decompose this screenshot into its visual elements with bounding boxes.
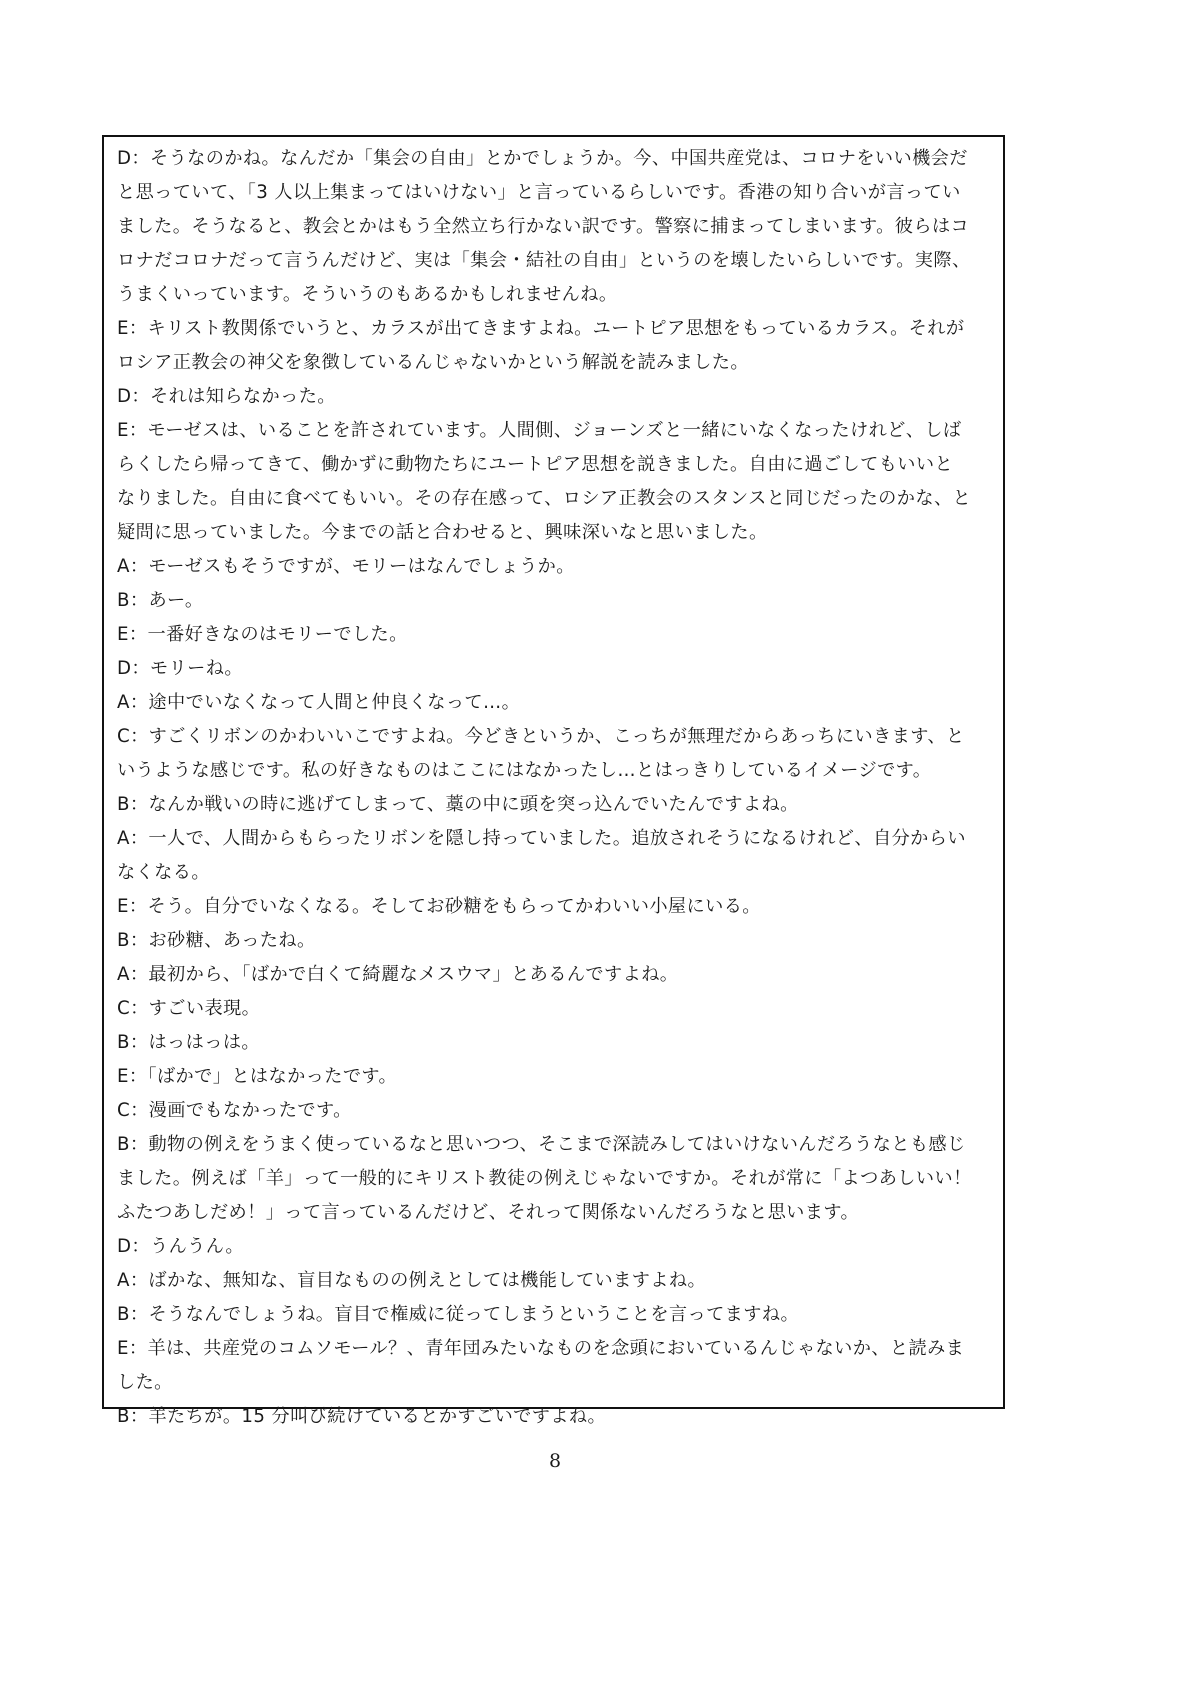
text-line: A：一人で、人間からもらったリボンを隠し持っていました。追放されそうになるけれど… [117,822,1003,856]
text-line: した。 [117,1366,1003,1400]
text-line: B：そうなんでしょうね。盲目で権威に従ってしまうということを言ってますね。 [117,1298,1003,1332]
text-line: C：漫画でもなかったです。 [117,1094,1003,1128]
text-line: E：「ばかで」とはなかったです。 [117,1060,1003,1094]
text-line: ふたつあしだめ！」って言っているんだけど、それって関係ないんだろうなと思います。 [117,1196,1003,1230]
text-line: B：羊たちが。15 分叫び続けているとかすごいですよね。 [117,1400,1003,1434]
page-number: 8 [0,1450,1110,1472]
text-line: D：そうなのかね。なんだか「集会の自由」とかでしょうか。今、中国共産党は、コロナ… [117,142,1003,176]
text-line: E：モーゼスは、いることを許されています。人間側、ジョーンズと一緒にいなくなった… [117,414,1003,448]
text-line: C：すごくリボンのかわいいこですよね。今どきというか、こっちが無理だからあっちに… [117,720,1003,754]
text-line: A：モーゼスもそうですが、モリーはなんでしょうか。 [117,550,1003,584]
text-line: E：羊は、共産党のコムソモール？、青年団みたいなものを念頭においているんじゃない… [117,1332,1003,1366]
text-line: ロナだコロナだって言うんだけど、実は「集会・結社の自由」というのを壊したいらしい… [117,244,1003,278]
text-line: と思っていて、「3 人以上集まってはいけない」と言っているらしいです。香港の知り… [117,176,1003,210]
text-line: らくしたら帰ってきて、働かずに動物たちにユートピア思想を説きました。自由に過ごし… [117,448,1003,482]
text-line: うまくいっています。そういうのもあるかもしれませんね。 [117,278,1003,312]
transcript-box: D：そうなのかね。なんだか「集会の自由」とかでしょうか。今、中国共産党は、コロナ… [102,135,1005,1409]
text-line: E：一番好きなのはモリーでした。 [117,618,1003,652]
text-line: なりました。自由に食べてもいい。その存在感って、ロシア正教会のスタンスと同じだっ… [117,482,1003,516]
text-line: E：そう。自分でいなくなる。そしてお砂糖をもらってかわいい小屋にいる。 [117,890,1003,924]
text-line: B：お砂糖、あったね。 [117,924,1003,958]
text-line: B：あー。 [117,584,1003,618]
text-line: なくなる。 [117,856,1003,890]
text-line: C：すごい表現。 [117,992,1003,1026]
text-line: 疑問に思っていました。今までの話と合わせると、興味深いなと思いました。 [117,516,1003,550]
text-line: ました。例えば「羊」って一般的にキリスト教徒の例えじゃないですか。それが常に「よ… [117,1162,1003,1196]
text-line: D：うんうん。 [117,1230,1003,1264]
text-line: E：キリスト教関係でいうと、カラスが出てきますよね。ユートピア思想をもっているカ… [117,312,1003,346]
text-line: B：はっはっは。 [117,1026,1003,1060]
text-line: D：モリーね。 [117,652,1003,686]
text-line: A：途中でいなくなって人間と仲良くなって…。 [117,686,1003,720]
text-line: ました。そうなると、教会とかはもう全然立ち行かない訳です。警察に捕まってしまいま… [117,210,1003,244]
text-line: A：ばかな、無知な、盲目なものの例えとしては機能していますよね。 [117,1264,1003,1298]
text-line: A：最初から、「ばかで白くて綺麗なメスウマ」とあるんですよね。 [117,958,1003,992]
text-line: いうような感じです。私の好きなものはここにはなかったし…とはっきりしているイメー… [117,754,1003,788]
text-line: D：それは知らなかった。 [117,380,1003,414]
text-line: ロシア正教会の神父を象徴しているんじゃないかという解説を読みました。 [117,346,1003,380]
text-line: B：動物の例えをうまく使っているなと思いつつ、そこまで深読みしてはいけないんだろ… [117,1128,1003,1162]
text-line: B：なんか戦いの時に逃げてしまって、藁の中に頭を突っ込んでいたんですよね。 [117,788,1003,822]
